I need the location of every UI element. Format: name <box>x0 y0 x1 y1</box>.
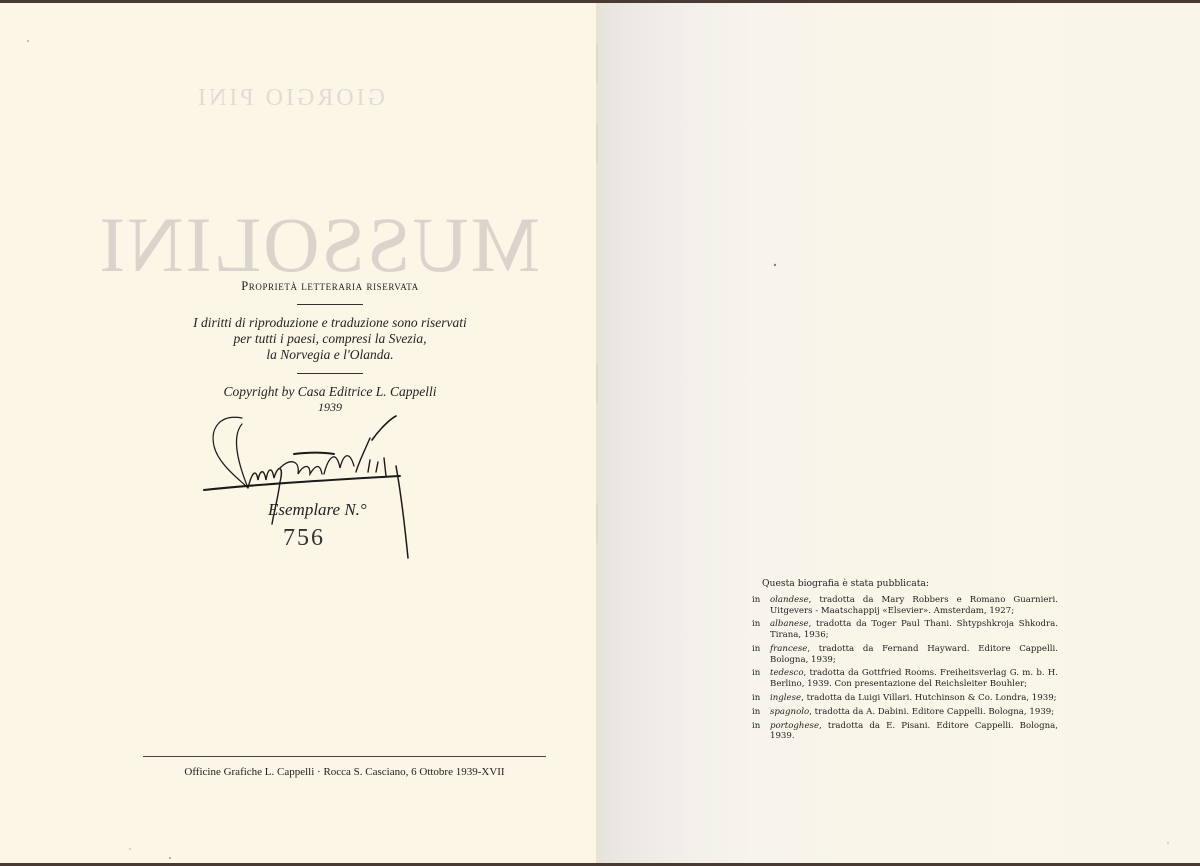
translation-text: portoghese, tradotta da E. Pisani. Edito… <box>770 721 1058 742</box>
translation-details: , tradotta da A. Dabini. Editore Cappell… <box>809 707 1054 717</box>
copy-number-label: Esemplare N.° <box>268 500 367 520</box>
translation-prefix: in <box>752 595 764 616</box>
translations-list: Questa biografia è stata pubblicata: ino… <box>758 578 1058 745</box>
rights-notice: I diritti di riproduzione e traduzione s… <box>180 315 480 363</box>
translation-text: francese, tradotta da Fernand Hayward. E… <box>770 644 1058 665</box>
translation-prefix: in <box>752 693 764 704</box>
translation-language: albanese <box>770 619 809 629</box>
translation-details: , tradotta da Fernand Hayward. Editore C… <box>770 644 1058 665</box>
translation-text: tedesco, tradotta da Gottfried Rooms. Fr… <box>770 668 1058 689</box>
translation-prefix: in <box>752 707 764 718</box>
translation-language: tedesco <box>770 668 804 678</box>
book-gutter <box>596 3 598 863</box>
show-through-author: GIORGIO PINI <box>205 85 385 112</box>
translation-entry: inolandese, tradotta da Mary Robbers e R… <box>758 595 1058 616</box>
translation-text: olandese, tradotta da Mary Robbers e Rom… <box>770 595 1058 616</box>
imprint-rule <box>143 756 546 757</box>
translation-text: spagnolo, tradotta da A. Dabini. Editore… <box>770 707 1058 718</box>
translation-details: , tradotta da Mary Robbers e Romano Guar… <box>770 595 1058 616</box>
copyright-block: Proprietà letteraria riservata I diritti… <box>180 279 480 414</box>
translation-language: inglese <box>770 693 801 703</box>
translation-entry: inspagnolo, tradotta da A. Dabini. Edito… <box>758 707 1058 718</box>
book-spread: GIORGIO PINI MUSSOLINI Proprietà lettera… <box>0 3 1200 863</box>
translation-prefix: in <box>752 668 764 689</box>
translation-language: olandese <box>770 595 809 605</box>
rights-heading: Proprietà letteraria riservata <box>180 279 480 294</box>
translation-text: inglese, tradotta da Luigi Villari. Hutc… <box>770 693 1058 704</box>
translation-entry: inalbanese, tradotta da Toger Paul Thani… <box>758 619 1058 640</box>
translation-entry: intedesco, tradotta da Gottfried Rooms. … <box>758 668 1058 689</box>
translation-entry: inportoghese, tradotta da E. Pisani. Edi… <box>758 721 1058 742</box>
translation-prefix: in <box>752 721 764 742</box>
copyright-line: Copyright by Casa Editrice L. Cappelli <box>180 384 480 400</box>
show-through-title: MUSSOLINI <box>100 210 540 280</box>
translation-details: , tradotta da Luigi Villari. Hutchinson … <box>801 693 1056 703</box>
rights-notice-line: la Norvegia e l'Olanda. <box>180 347 480 363</box>
translation-entry: infrancese, tradotta da Fernand Hayward.… <box>758 644 1058 665</box>
translation-language: portoghese <box>770 721 819 731</box>
translation-entry: ininglese, tradotta da Luigi Villari. Hu… <box>758 693 1058 704</box>
translation-language: francese <box>770 644 807 654</box>
translation-prefix: in <box>752 644 764 665</box>
translation-details: , tradotta da Gottfried Rooms. Freiheits… <box>770 668 1058 689</box>
translation-text: albanese, tradotta da Toger Paul Thani. … <box>770 619 1058 640</box>
translations-heading: Questa biografia è stata pubblicata: <box>758 578 1058 589</box>
translation-prefix: in <box>752 619 764 640</box>
divider-rule <box>297 373 363 374</box>
divider-rule <box>297 304 363 305</box>
translation-language: spagnolo <box>770 707 809 717</box>
rights-notice-line: I diritti di riproduzione e traduzione s… <box>180 315 480 331</box>
copy-number: 756 <box>283 525 325 552</box>
printer-imprint: Officine Grafiche L. Cappelli · Rocca S.… <box>143 766 546 778</box>
translation-details: , tradotta da Toger Paul Thani. Shtypshk… <box>770 619 1058 640</box>
rights-notice-line: per tutti i paesi, compresi la Svezia, <box>180 331 480 347</box>
